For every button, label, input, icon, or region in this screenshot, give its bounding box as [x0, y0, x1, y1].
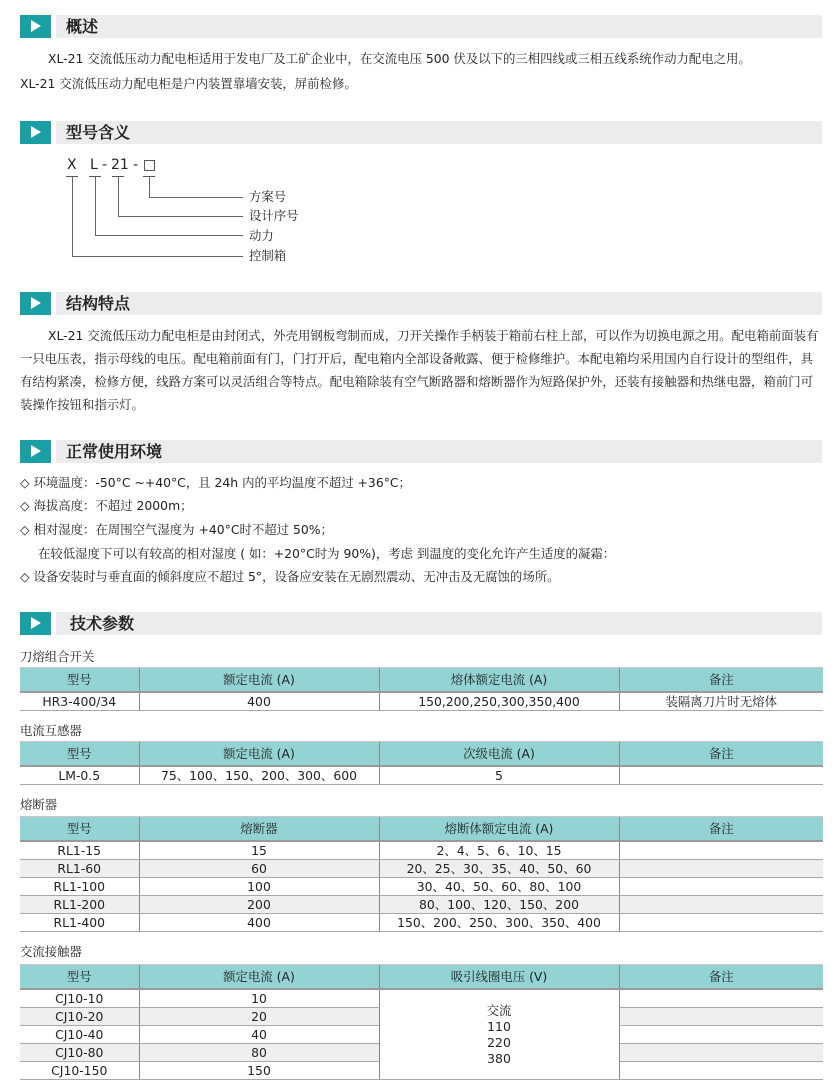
cell: 2、4、5、6、10、15: [379, 841, 619, 860]
header-cell: 备注: [619, 965, 823, 990]
cell: LM-0.5: [20, 766, 139, 785]
code-l: L: [90, 156, 98, 174]
table-row: HR3-400/34 400 150,200,250,300,350,400 装…: [20, 692, 823, 711]
section-title: 型号含义: [66, 122, 130, 144]
connector-vertical: [72, 177, 73, 257]
label-scheme-number: 方案号: [249, 189, 286, 205]
table-row: RL1-60 60 20、25、30、35、40、50、60: [20, 860, 823, 878]
header-cell: 吸引线圈电压 (V): [379, 965, 619, 990]
connector-vertical: [149, 177, 150, 198]
cell: 40: [139, 1026, 379, 1044]
cell: [619, 1008, 823, 1026]
cell: 30、40、50、60、80、100: [379, 878, 619, 896]
cell: CJ10-20: [20, 1008, 139, 1026]
table-row: RL1-100 100 30、40、50、60、80、100: [20, 878, 823, 896]
section-header-environment: 正常使用环境: [20, 440, 822, 463]
code-dash: -: [102, 156, 107, 174]
code-21: 21: [111, 156, 129, 174]
label-control-box: 控制箱: [249, 248, 286, 264]
cell: [619, 1026, 823, 1044]
connector-horizontal: [149, 197, 243, 198]
header-bar: [56, 15, 822, 38]
code-dash: -: [133, 156, 138, 174]
cell: 装隔离刀片时无熔体: [619, 692, 823, 711]
cell: [619, 1062, 823, 1080]
section-title: 技术参数: [70, 613, 134, 635]
table-knife-fuse-switch: 型号 额定电流 (A) 熔体额定电流 (A) 备注 HR3-400/34 400…: [20, 667, 823, 711]
cell: CJ10-10: [20, 989, 139, 1008]
table-caption-knife-fuse-switch: 刀熔组合开关: [20, 648, 94, 666]
play-triangle-icon: [20, 15, 51, 38]
coil-voltage-line: 220: [380, 1035, 619, 1051]
coil-voltage-line: 110: [380, 1019, 619, 1035]
label-power: 动力: [249, 228, 274, 244]
env-humidity-note: 在较低湿度下可以有较高的相对湿度 ( 如：+20°C时为 90%)，考虑 到温度…: [38, 544, 615, 564]
cell: RL1-15: [20, 841, 139, 860]
cell: [619, 860, 823, 878]
cell: HR3-400/34: [20, 692, 139, 711]
table-row: RL1-15 15 2、4、5、6、10、15: [20, 841, 823, 860]
cell: 75、100、150、200、300、600: [139, 766, 379, 785]
cell: 15: [139, 841, 379, 860]
cell: [619, 1044, 823, 1062]
label-design-serial: 设计序号: [249, 208, 299, 224]
cell: RL1-100: [20, 878, 139, 896]
env-altitude: ◇ 海拔高度：不超过 2000m；: [20, 496, 193, 516]
cell: CJ10-40: [20, 1026, 139, 1044]
cell: RL1-200: [20, 896, 139, 914]
table-ac-contactor: 型号 额定电流 (A) 吸引线圈电压 (V) 备注 CJ10-10 10 交流 …: [20, 964, 823, 1080]
cell: 5: [379, 766, 619, 785]
header-bar: [56, 440, 822, 463]
connector-horizontal: [72, 256, 243, 257]
overview-paragraph-1: XL-21 交流低压动力配电柜适用于发电厂及工矿企业中，在交流电压 500 伏及…: [20, 47, 825, 70]
table-row: CJ10-10 10 交流 110 220 380: [20, 989, 823, 1008]
section-title: 正常使用环境: [66, 441, 162, 463]
play-triangle-icon: [20, 292, 51, 315]
coil-voltage-cell: 交流 110 220 380: [379, 989, 619, 1080]
table-row: LM-0.5 75、100、150、200、300、600 5: [20, 766, 823, 785]
cell: 20: [139, 1008, 379, 1026]
table-header-row: 型号 额定电流 (A) 熔体额定电流 (A) 备注: [20, 668, 823, 693]
cell: CJ10-80: [20, 1044, 139, 1062]
table-header-row: 型号 熔断器 熔断体额定电流 (A) 备注: [20, 817, 823, 842]
header-cell: 型号: [20, 742, 139, 767]
header-bar: [56, 612, 822, 635]
table-row: RL1-400 400 150、200、250、300、350、400: [20, 914, 823, 932]
section-title: 结构特点: [66, 293, 130, 315]
header-cell: 备注: [619, 817, 823, 842]
header-cell: 型号: [20, 668, 139, 693]
table-header-row: 型号 额定电流 (A) 吸引线圈电压 (V) 备注: [20, 965, 823, 990]
header-cell: 备注: [619, 668, 823, 693]
table-header-row: 型号 额定电流 (A) 次级电流 (A) 备注: [20, 742, 823, 767]
env-humidity: ◇ 相对湿度：在周围空气湿度为 +40°C时不超过 50%；: [20, 520, 333, 540]
section-header-tech: 技术参数: [20, 612, 822, 635]
cell: 100: [139, 878, 379, 896]
cell: [619, 896, 823, 914]
cell: 400: [139, 914, 379, 932]
table-caption-ac-contactor: 交流接触器: [20, 943, 82, 961]
connector-horizontal: [118, 216, 243, 217]
cell: 200: [139, 896, 379, 914]
header-bar: [56, 292, 822, 315]
section-header-structure: 结构特点: [20, 292, 822, 315]
cell: RL1-60: [20, 860, 139, 878]
header-cell: 备注: [619, 742, 823, 767]
cell: 400: [139, 692, 379, 711]
cell: 150,200,250,300,350,400: [379, 692, 619, 711]
cell: RL1-400: [20, 914, 139, 932]
header-cell: 额定电流 (A): [139, 742, 379, 767]
cell: [619, 989, 823, 1008]
connector-vertical: [118, 177, 119, 217]
env-installation: ◇ 设备安装时与垂直面的倾斜度应不超过 5°，设备应安装在无剧烈震动、无冲击及无…: [20, 567, 560, 587]
code-x: X: [67, 156, 77, 174]
play-triangle-icon: [20, 440, 51, 463]
env-temperature: ◇ 环境温度：-50°C ~+40°C，且 24h 内的平均温度不超过 +36°…: [20, 473, 411, 493]
section-header-overview: 概述: [20, 15, 822, 38]
header-cell: 次级电流 (A): [379, 742, 619, 767]
table-caption-current-transformer: 电流互感器: [20, 722, 82, 740]
connector-horizontal: [95, 235, 243, 236]
section-header-model-meaning: 型号含义: [20, 121, 822, 144]
cell: [619, 914, 823, 932]
cell: 20、25、30、35、40、50、60: [379, 860, 619, 878]
connector-vertical: [95, 177, 96, 236]
section-title: 概述: [66, 16, 98, 38]
cell: [619, 878, 823, 896]
table-row: RL1-200 200 80、100、120、150、200: [20, 896, 823, 914]
play-triangle-icon: [20, 121, 51, 144]
header-cell: 额定电流 (A): [139, 668, 379, 693]
cell: 80: [139, 1044, 379, 1062]
coil-voltage-line: 380: [380, 1051, 619, 1067]
header-cell: 型号: [20, 817, 139, 842]
overview-paragraph-2: XL-21 交流低压动力配电柜是户内装置靠墙安装，屏前检修。: [20, 72, 825, 95]
cell: CJ10-150: [20, 1062, 139, 1080]
cell: [619, 766, 823, 785]
cell: 60: [139, 860, 379, 878]
header-cell: 型号: [20, 965, 139, 990]
cell: 150: [139, 1062, 379, 1080]
header-cell: 熔断器: [139, 817, 379, 842]
code-box: □: [143, 156, 156, 174]
cell: 80、100、120、150、200: [379, 896, 619, 914]
table-current-transformer: 型号 额定电流 (A) 次级电流 (A) 备注 LM-0.5 75、100、15…: [20, 741, 823, 785]
header-cell: 额定电流 (A): [139, 965, 379, 990]
cell: 10: [139, 989, 379, 1008]
header-cell: 熔体额定电流 (A): [379, 668, 619, 693]
coil-voltage-line: 交流: [380, 1003, 619, 1019]
cell: [619, 841, 823, 860]
structure-paragraph: XL-21 交流低压动力配电柜是由封闭式，外壳用钢板弯制而成，刀开关操作手柄装于…: [20, 324, 825, 416]
play-triangle-icon: [20, 612, 51, 635]
cell: 150、200、250、300、350、400: [379, 914, 619, 932]
header-bar: [56, 121, 822, 144]
table-caption-fuse: 熔断器: [20, 796, 57, 814]
table-fuse: 型号 熔断器 熔断体额定电流 (A) 备注 RL1-15 15 2、4、5、6、…: [20, 816, 823, 932]
header-cell: 熔断体额定电流 (A): [379, 817, 619, 842]
